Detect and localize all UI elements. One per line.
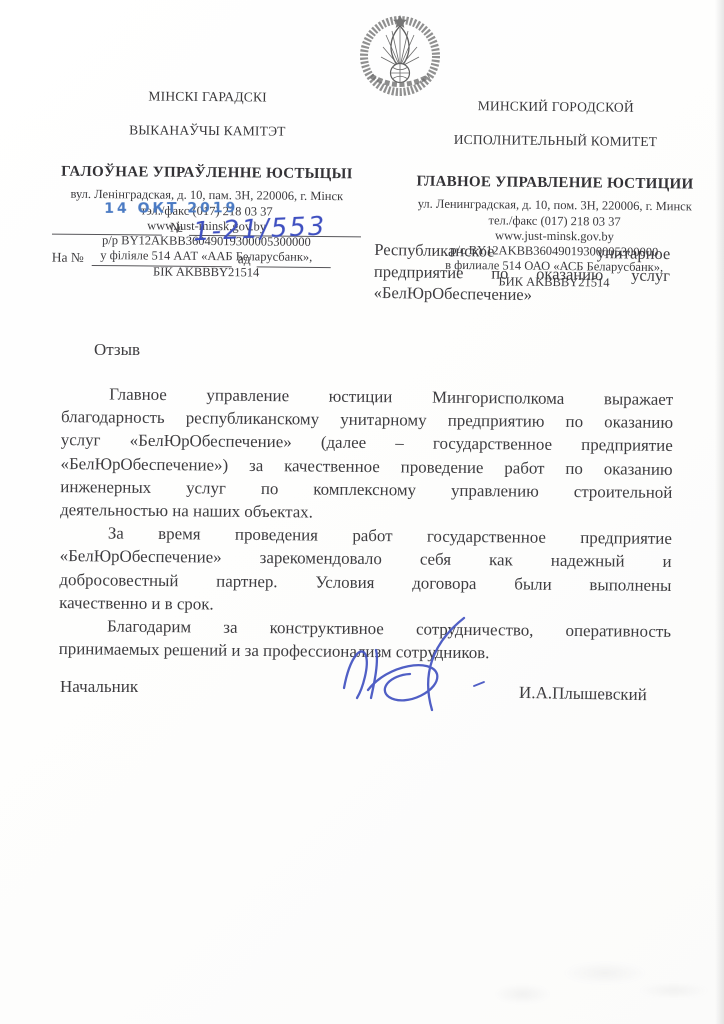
handwritten-number: 1-21/553 (192, 212, 327, 248)
org-name-ru-line1: МИНСКИЙ ГОРОДСКОЙ (395, 97, 717, 117)
number-underline: 1-21/553 (189, 217, 361, 238)
addressee-block: Республиканское унитарное предприятие по… (374, 239, 671, 308)
body-paragraph: Главное управление юстиции Мингорисполко… (60, 382, 673, 527)
reply-date-label: ад (238, 251, 251, 267)
number-label: № (170, 220, 183, 236)
signature-ink-icon (334, 618, 509, 728)
date-underline (52, 234, 162, 236)
org-name-by-line1: МІНСКІ ГАРАДСКІ (47, 87, 369, 107)
signer-name: И.А.Плышевский (519, 683, 647, 705)
reply-reference-row: На № ад (52, 250, 364, 269)
body-paragraph: За время проведения работ государственно… (59, 521, 672, 620)
reference-block: 14 ОКТ 2019 № 1-21/553 На № ад (52, 199, 365, 269)
document-title: Отзыв (94, 340, 140, 360)
signer-position: Начальник (60, 677, 138, 697)
department-name-by: ГАЛОЎНАЕ УПРАЎЛЕННЕ ЮСТЫЦЫІ (46, 164, 368, 184)
scan-page-edge (715, 0, 724, 1024)
department-name-ru: ГЛАВНОЕ УПРАВЛЕНИЕ ЮСТИЦИИ (394, 174, 716, 194)
outgoing-number-row: № 1-21/553 (52, 216, 364, 238)
org-name-by-line2: ВЫКАНАЎЧЫ КАМІТЭТ (46, 121, 368, 141)
org-name-ru-line2: ИСПОЛНИТЕЛЬНЫЙ КОМИТЕТ (394, 131, 716, 151)
scan-bleedthrough (440, 945, 715, 1015)
addressee-line: «БелЮрОбеспечение» (374, 282, 670, 308)
scanned-letter-page: МІНСКІ ГАРАДСКІ ВЫКАНАЎЧЫ КАМІТЭТ ГАЛОЎН… (0, 0, 724, 1024)
reply-label: На № (52, 250, 84, 266)
